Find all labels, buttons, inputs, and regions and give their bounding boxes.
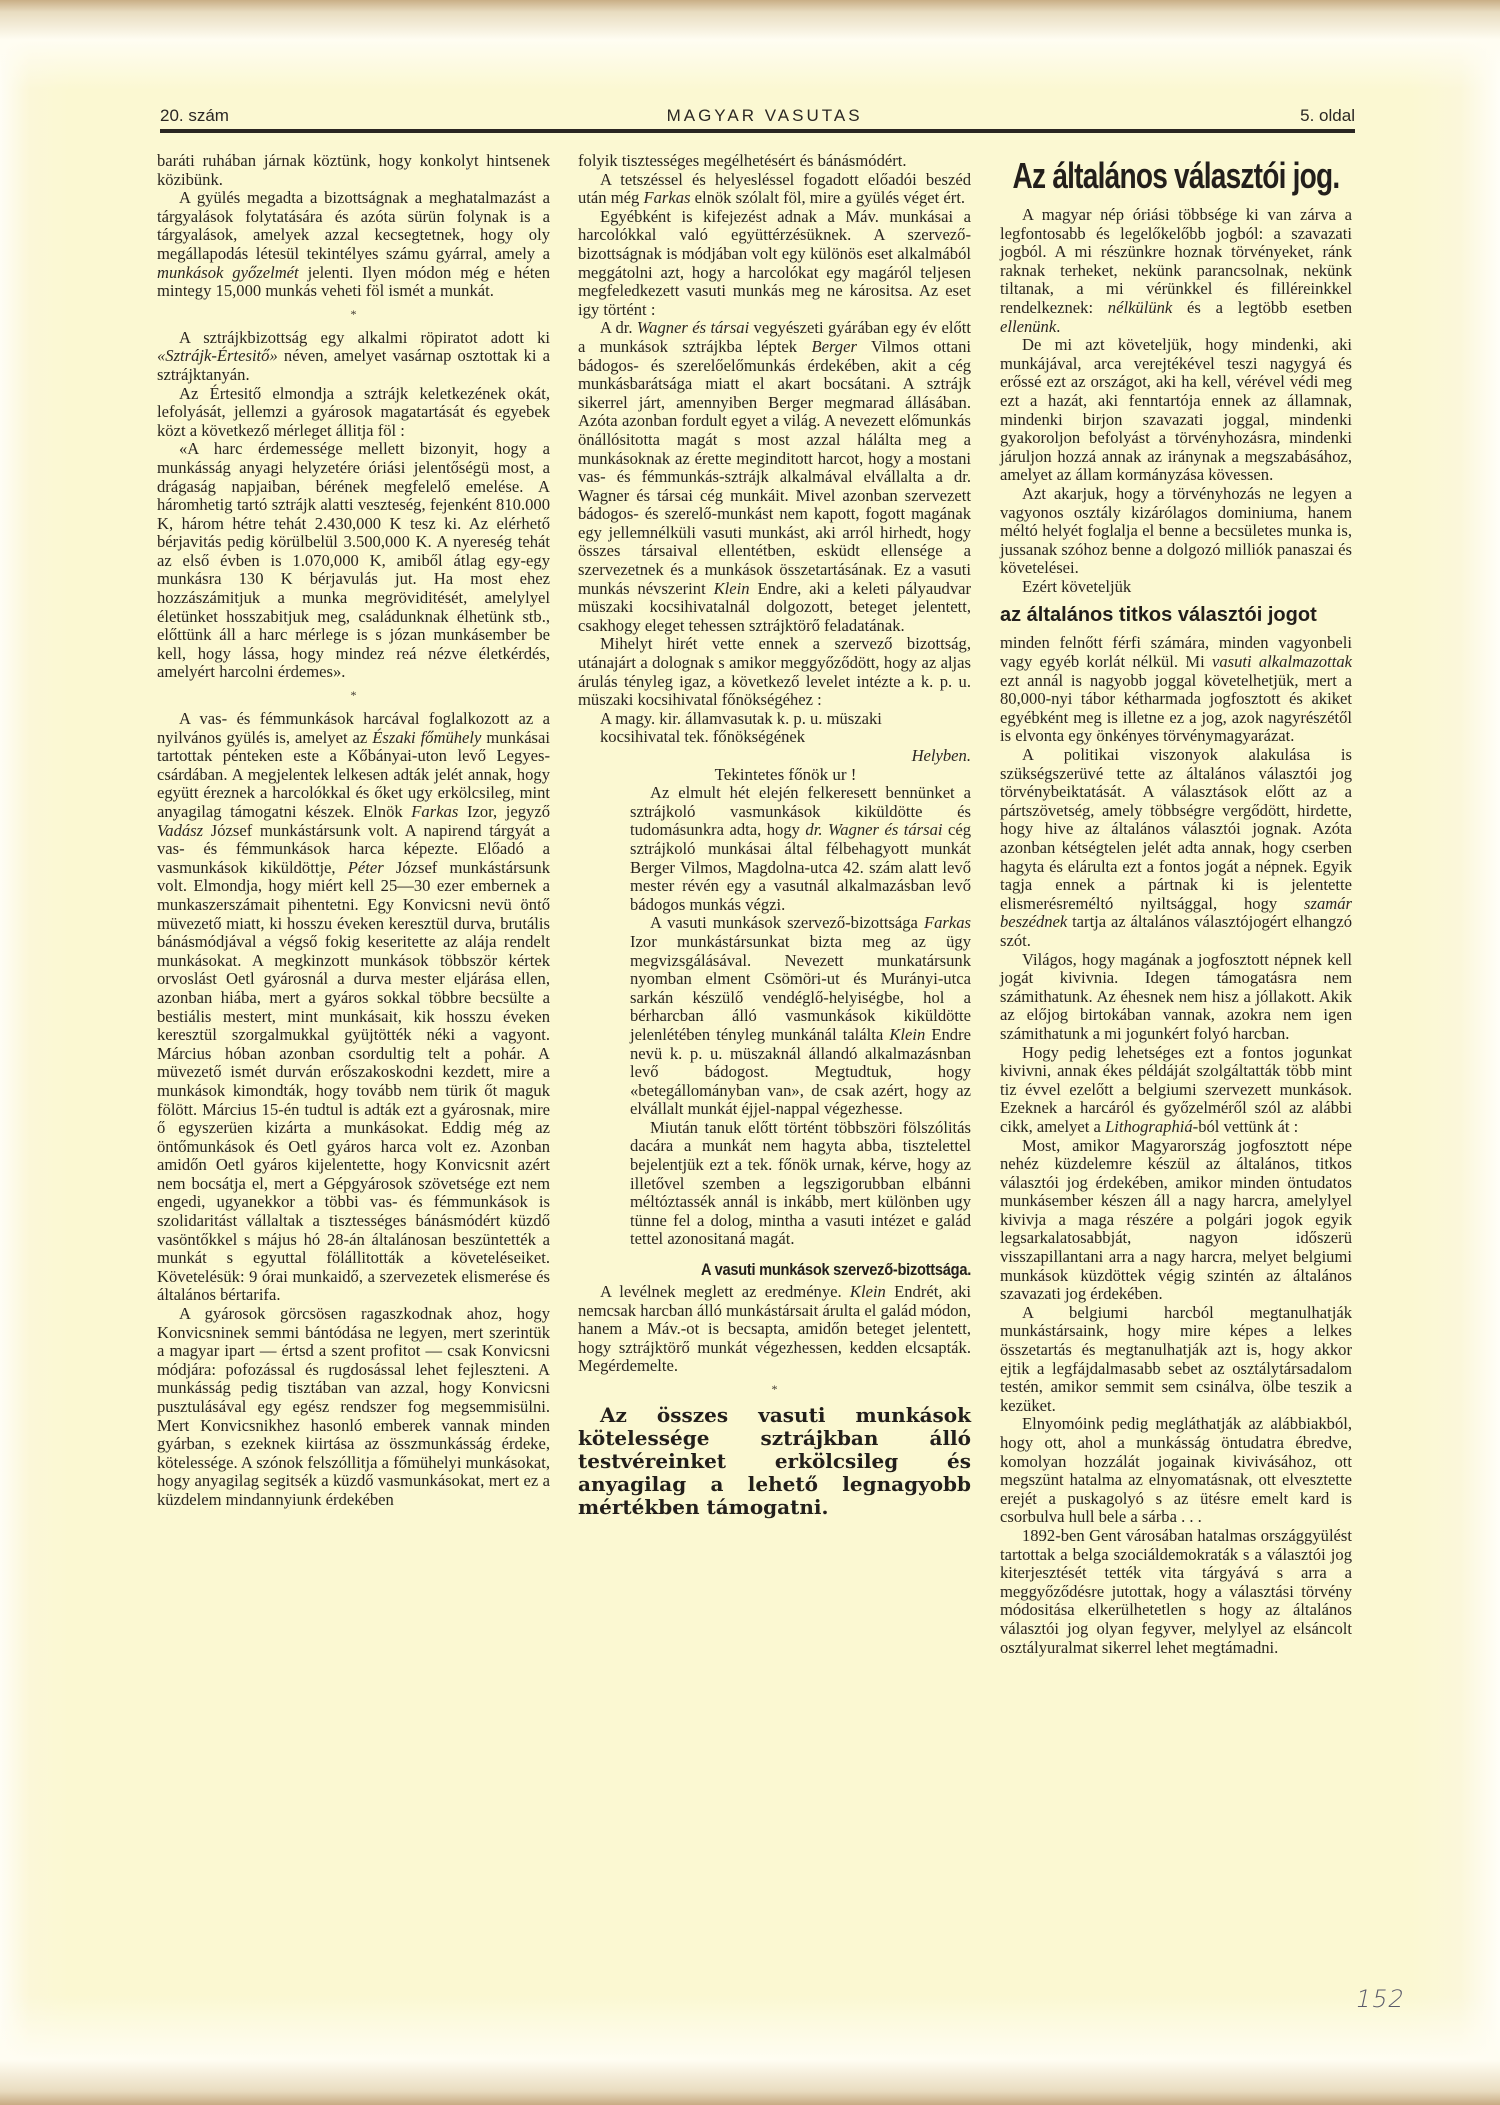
- paragraph: A levélnek meglett az eredménye. Klein E…: [578, 1283, 971, 1376]
- article-headline: Az általános választói jog.: [1008, 154, 1345, 198]
- letter-address-line: A magy. kir. államvasutak k. p. u. müsza…: [578, 710, 971, 729]
- paragraph: A politikai viszonyok alakulása is szüks…: [1000, 746, 1352, 951]
- article-subheading: az általános titkos választói jogot: [1000, 602, 1352, 628]
- paragraph: De mi azt követeljük, hogy mindenki, aki…: [1000, 336, 1352, 485]
- paragraph: A sztrájkbizottság egy alkalmi röpiratot…: [157, 329, 550, 385]
- column-3: Az általános választói jog. A magyar nép…: [1000, 152, 1352, 1657]
- letter-signature: A vasuti munkások szervező-bizottsága.: [633, 1259, 971, 1281]
- section-separator-star: *: [157, 303, 550, 325]
- letter-paragraph: Az elmult hét elején felkeresett bennünk…: [630, 784, 971, 914]
- publication-title: MAGYAR VASUTAS: [667, 106, 863, 126]
- quoted-letter: A magy. kir. államvasutak k. p. u. müsza…: [578, 710, 971, 1281]
- bold-appeal: Az összes vasuti munkások kötelessége sz…: [578, 1404, 971, 1519]
- paragraph: Elnyomóink pedig megláthatják az alábbia…: [1000, 1415, 1352, 1527]
- quoted-paragraph: «A harc érdemessége mellett bizonyit, ho…: [157, 440, 550, 682]
- paragraph: Az Értesitő elmondja a sztrájk keletkezé…: [157, 385, 550, 441]
- letter-salutation: Tekintetes főnök ur !: [578, 766, 971, 785]
- paragraph: Ezért követeljük: [1000, 578, 1352, 597]
- section-separator-star: *: [578, 1378, 971, 1400]
- paragraph: folyik tisztességes megélhetésért és bán…: [578, 152, 971, 171]
- paragraph: Azt akarjuk, hogy a törvényhozás ne legy…: [1000, 485, 1352, 578]
- paragraph: A tetszéssel és helyesléssel fogadott el…: [578, 171, 971, 208]
- paragraph: A vas- és fémmunkások harcával foglalkoz…: [157, 710, 550, 1305]
- column-1: baráti ruhában járnak köztünk, hogy konk…: [157, 152, 550, 1510]
- paragraph: Világos, hogy magának a jogfosztott népn…: [1000, 951, 1352, 1044]
- section-separator-star: *: [157, 684, 550, 706]
- issue-number: 20. szám: [160, 106, 229, 126]
- letter-paragraph: A vasuti munkások szervező-bizottsága Fa…: [630, 914, 971, 1119]
- running-header: 20. szám MAGYAR VASUTAS 5. oldal: [160, 100, 1355, 126]
- paragraph: 1892-ben Gent városában hatalmas országg…: [1000, 1527, 1352, 1657]
- column-2: folyik tisztességes megélhetésért és bán…: [578, 152, 971, 1519]
- letter-body: Az elmult hét elején felkeresett bennünk…: [630, 784, 971, 1249]
- paragraph: A magyar nép óriási többsége ki van zárv…: [1000, 206, 1352, 336]
- header-rule: [160, 129, 1355, 133]
- paragraph: A gyárosok görcsösen ragaszkodnak ahoz, …: [157, 1305, 550, 1510]
- paragraph: baráti ruhában járnak köztünk, hogy konk…: [157, 152, 550, 189]
- paragraph: Egyébként is kifejezést adnak a Máv. mun…: [578, 208, 971, 320]
- paragraph: Most, amikor Magyarország jogfosztott né…: [1000, 1137, 1352, 1304]
- letter-address-line: kocsihivatal tek. főnökségének: [578, 728, 971, 747]
- paragraph: A dr. Wagner és társai vegyészeti gyáráb…: [578, 319, 971, 635]
- letter-address-place: Helyben.: [578, 747, 971, 766]
- paragraph: minden felnőtt férfi számára, minden vag…: [1000, 634, 1352, 746]
- handwritten-archive-number: 152: [1353, 1985, 1408, 2013]
- paragraph: A belgiumi harcból megtanulhatják munkás…: [1000, 1304, 1352, 1416]
- paragraph: A gyülés megadta a bizottságnak a meghat…: [157, 189, 550, 301]
- paragraph: Hogy pedig lehetséges ezt a fontos jogun…: [1000, 1044, 1352, 1137]
- letter-paragraph: Miután tanuk előtt történt többszöri föl…: [630, 1119, 971, 1249]
- paragraph: Mihelyt hirét vette ennek a szervező biz…: [578, 635, 971, 709]
- newspaper-page: 20. szám MAGYAR VASUTAS 5. oldal baráti …: [0, 0, 1500, 2105]
- page-number: 5. oldal: [1300, 106, 1355, 126]
